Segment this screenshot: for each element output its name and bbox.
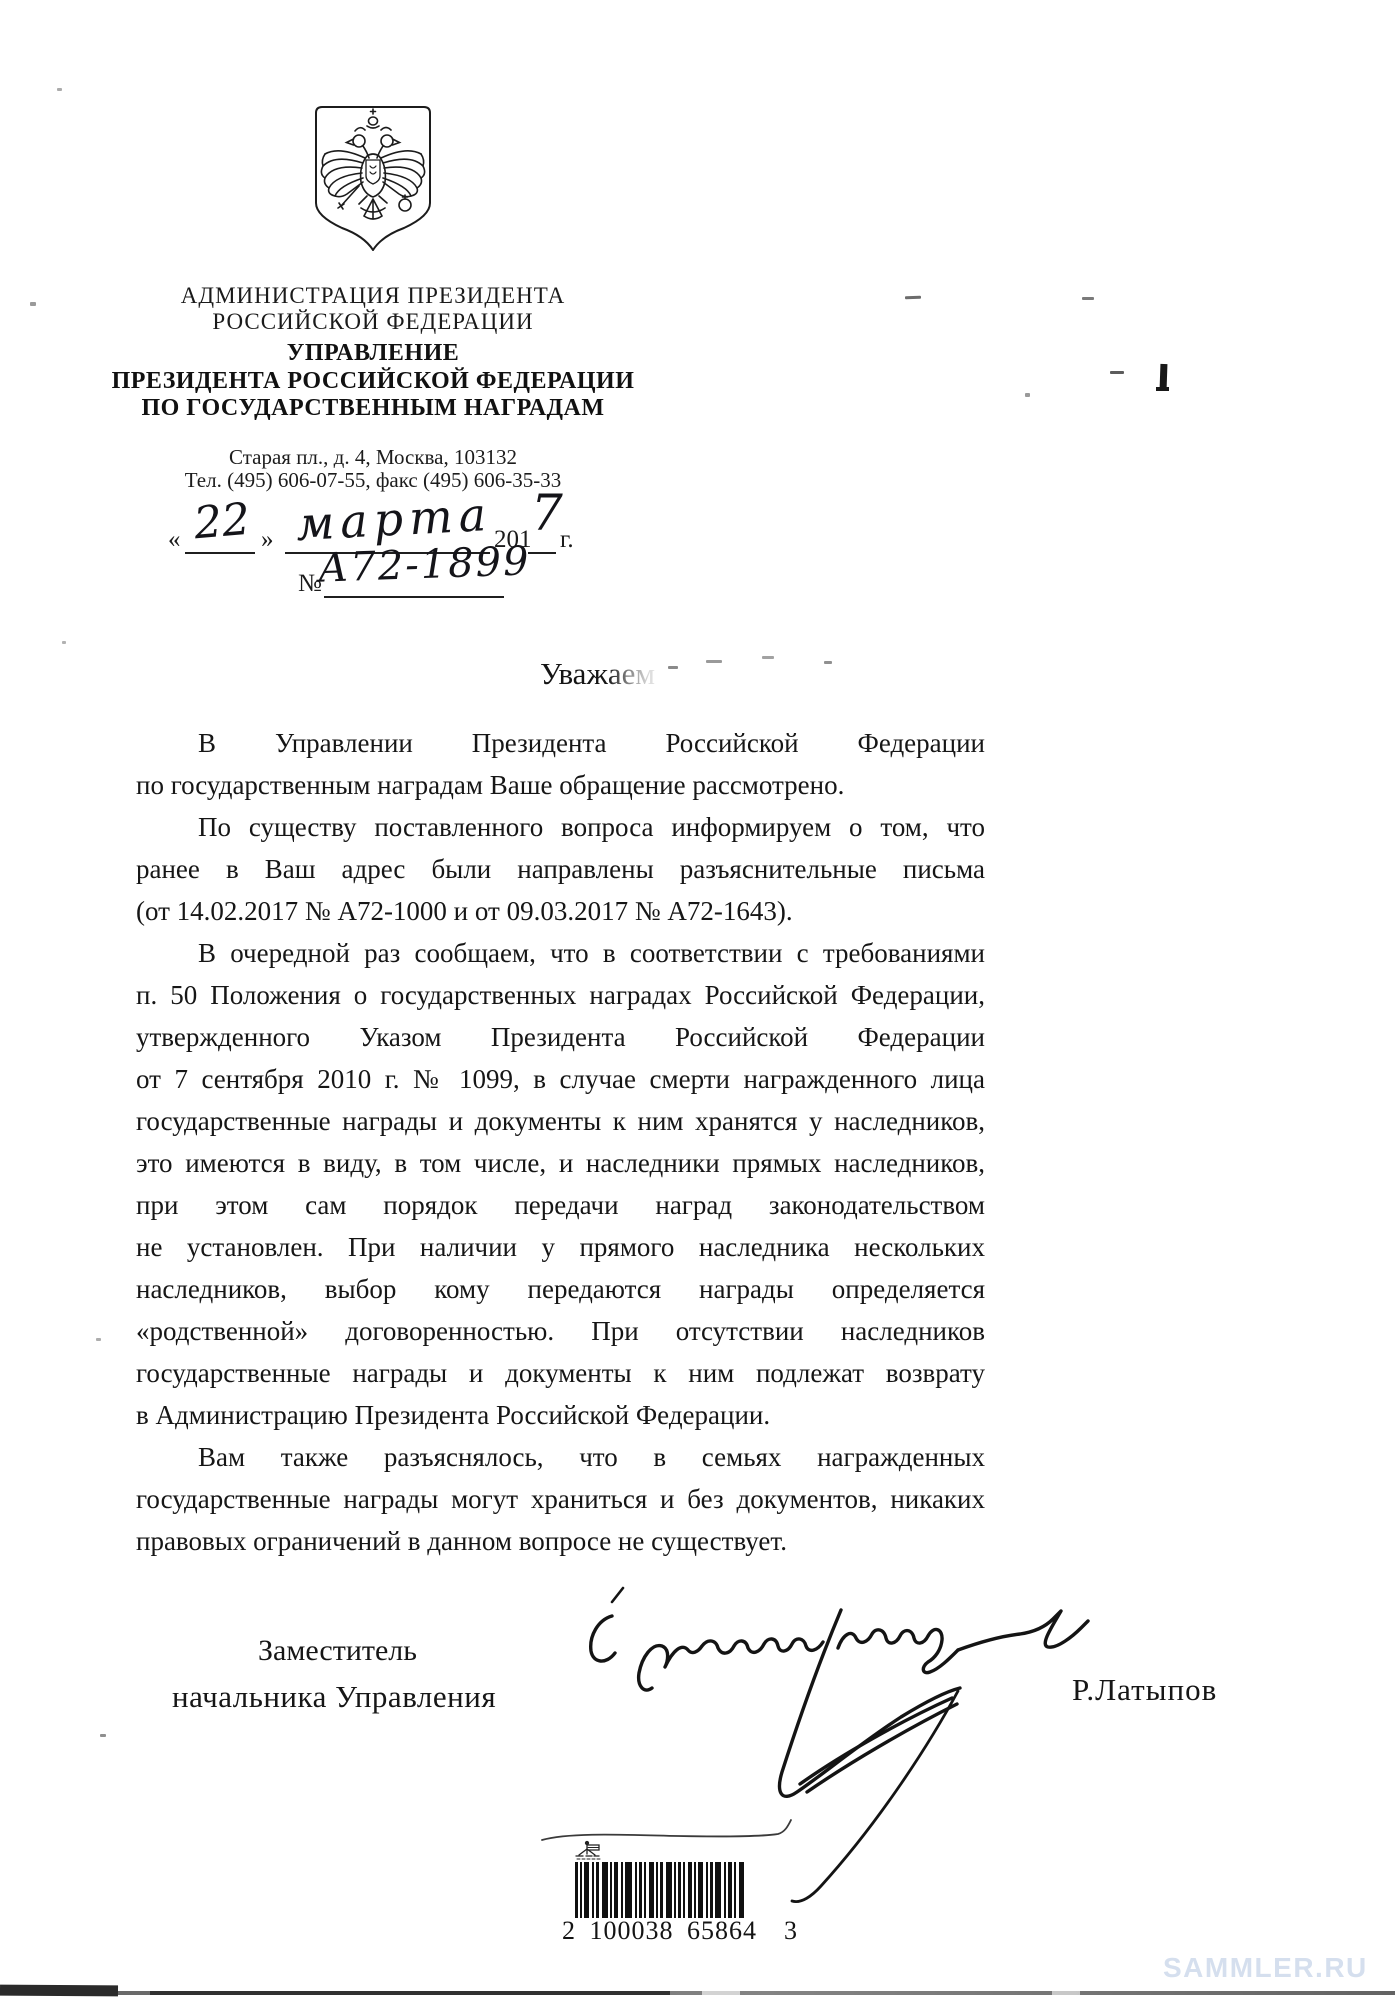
body-line: государственные награды и документы к ни… bbox=[136, 1100, 985, 1142]
body-line: п. 50 Положения о государственных наград… bbox=[136, 974, 985, 1016]
body-line: В очередной раз сообщаем, что в соответс… bbox=[136, 932, 985, 974]
barcode-bar bbox=[635, 1862, 637, 1918]
barcode-bar bbox=[602, 1862, 608, 1918]
barcode-bar bbox=[614, 1862, 618, 1918]
barcode-bar bbox=[656, 1862, 658, 1918]
barcode-bar bbox=[724, 1862, 726, 1918]
barcode-bar bbox=[706, 1862, 708, 1918]
handwritten-number: А72-1899 bbox=[317, 538, 531, 591]
body-line: при этом сам порядок передачи наград зак… bbox=[136, 1184, 985, 1226]
signer-title-line2: начальника Управления bbox=[172, 1679, 496, 1715]
scan-artifact bbox=[62, 641, 66, 644]
phone-line: Тел. (495) 606-07-55, факс (495) 606-35-… bbox=[90, 469, 656, 492]
scan-artifact bbox=[100, 1734, 106, 1737]
scan-artifact bbox=[30, 302, 36, 306]
handwritten-year-digit: 7 bbox=[531, 484, 563, 542]
barcode-bar bbox=[592, 1862, 594, 1918]
barcode-bar bbox=[575, 1862, 578, 1918]
barcode-bar bbox=[715, 1862, 721, 1918]
barcode-bar bbox=[694, 1862, 696, 1918]
scan-edge-gap bbox=[1052, 1991, 1080, 1995]
body-line: По существу поставленного вопроса информ… bbox=[136, 806, 985, 848]
handwritten-day: 22 bbox=[192, 494, 252, 550]
body-line: государственные награды и документы к ни… bbox=[136, 1352, 985, 1394]
barcode-bar bbox=[584, 1862, 589, 1918]
body-line: утвержденного Указом Президента Российск… bbox=[136, 1016, 985, 1058]
barcode-bar bbox=[625, 1862, 632, 1918]
erased-text-smudge bbox=[824, 661, 832, 664]
barcode-bar bbox=[596, 1862, 599, 1918]
body-line: ранее в Ваш адрес были направлены разъяс… bbox=[136, 848, 985, 890]
signer-title-line1: Заместитель bbox=[258, 1634, 417, 1668]
scan-artifact bbox=[1156, 387, 1169, 391]
barcode-bar bbox=[674, 1862, 676, 1918]
erased-text-smudge bbox=[706, 660, 722, 663]
org-line: АДМИНИСТРАЦИЯ ПРЕЗИДЕНТА bbox=[90, 283, 656, 309]
barcode-bar bbox=[621, 1862, 623, 1918]
body-line: в Администрацию Президента Российской Фе… bbox=[136, 1394, 985, 1436]
barcode-bar bbox=[666, 1862, 672, 1918]
body-line: по государственным наградам Ваше обращен… bbox=[136, 764, 985, 806]
department-block: УПРАВЛЕНИЕ ПРЕЗИДЕНТА РОССИЙСКОЙ ФЕДЕРАЦ… bbox=[90, 340, 656, 423]
barcode-bar bbox=[688, 1862, 692, 1918]
date-close-quote: » bbox=[261, 526, 274, 554]
barcode-bar bbox=[683, 1862, 685, 1918]
barcode-bar bbox=[639, 1862, 642, 1918]
body-text: В Управлении Президента Российской Федер… bbox=[136, 722, 985, 1562]
department-line: УПРАВЛЕНИЕ bbox=[90, 340, 656, 368]
body-line: (от 14.02.2017 № А72-1000 и от 09.03.201… bbox=[136, 890, 985, 932]
barcode-bar bbox=[660, 1862, 663, 1918]
barcode-bar bbox=[739, 1862, 744, 1918]
body-line: государственные награды могут храниться … bbox=[136, 1478, 985, 1520]
body-line: наследников, выбор кому передаются награ… bbox=[136, 1268, 985, 1310]
body-line: от 7 сентября 2010 г. № 1099, в случае с… bbox=[136, 1058, 985, 1100]
body-line: «родственной» договоренностью. При отсут… bbox=[136, 1310, 985, 1352]
salutation: Уважаем bbox=[540, 656, 655, 692]
erased-text-smudge bbox=[668, 666, 678, 669]
scan-edge-band bbox=[150, 1991, 670, 1995]
scan-edge-band bbox=[0, 1985, 118, 1997]
address-block: Старая пл., д. 4, Москва, 103132 Тел. (4… bbox=[90, 446, 656, 491]
barcode-bar bbox=[728, 1862, 732, 1918]
body-line: В Управлении Президента Российской Федер… bbox=[136, 722, 985, 764]
body-line: это имеются в виду, в том числе, и насле… bbox=[136, 1142, 985, 1184]
scan-artifact bbox=[1110, 371, 1124, 374]
barcode-bar bbox=[644, 1862, 646, 1918]
russian-coat-of-arms-icon bbox=[311, 104, 435, 251]
barcode-bar bbox=[649, 1862, 654, 1918]
barcode-bar bbox=[698, 1862, 703, 1918]
body-line: Вам также разъяснялось, что в семьях наг… bbox=[136, 1436, 985, 1478]
date-open-quote: « bbox=[168, 526, 181, 554]
scan-artifact bbox=[1025, 393, 1030, 397]
barcode-bar bbox=[580, 1862, 582, 1918]
postal-franking-mark-icon bbox=[574, 1840, 620, 1862]
barcode-bar bbox=[734, 1862, 736, 1918]
sammler-watermark: SAMMLER.RU bbox=[1163, 1952, 1368, 1984]
body-line: правовых ограничений в данном вопросе не… bbox=[136, 1520, 985, 1562]
department-line: ПО ГОСУДАРСТВЕННЫМ НАГРАДАМ bbox=[90, 395, 656, 423]
address-line: Старая пл., д. 4, Москва, 103132 bbox=[90, 446, 656, 469]
barcode-bars bbox=[575, 1862, 747, 1918]
issuing-org-block: АДМИНИСТРАЦИЯ ПРЕЗИДЕНТА РОССИЙСКОЙ ФЕДЕ… bbox=[90, 283, 656, 335]
year-suffix: г. bbox=[560, 526, 574, 554]
scan-artifact bbox=[96, 1338, 101, 1341]
barcode-bar bbox=[710, 1862, 713, 1918]
scan-edge-gap bbox=[702, 1991, 740, 1995]
org-line: РОССИЙСКОЙ ФЕДЕРАЦИИ bbox=[90, 309, 656, 335]
barcode-bar bbox=[678, 1862, 681, 1918]
barcode-digits: 2 100038 65864 3 bbox=[562, 1916, 798, 1946]
barcode-bar bbox=[610, 1862, 612, 1918]
erased-text-smudge bbox=[762, 656, 774, 659]
scan-artifact bbox=[905, 296, 921, 300]
scanned-letter-page: АДМИНИСТРАЦИЯ ПРЕЗИДЕНТА РОССИЙСКОЙ ФЕДЕ… bbox=[0, 0, 1395, 2000]
body-line: не установлен. При наличии у прямого нас… bbox=[136, 1226, 985, 1268]
scan-artifact bbox=[57, 88, 62, 91]
scan-artifact bbox=[1082, 297, 1094, 300]
department-line: ПРЕЗИДЕНТА РОССИЙСКОЙ ФЕДЕРАЦИИ bbox=[90, 368, 656, 396]
